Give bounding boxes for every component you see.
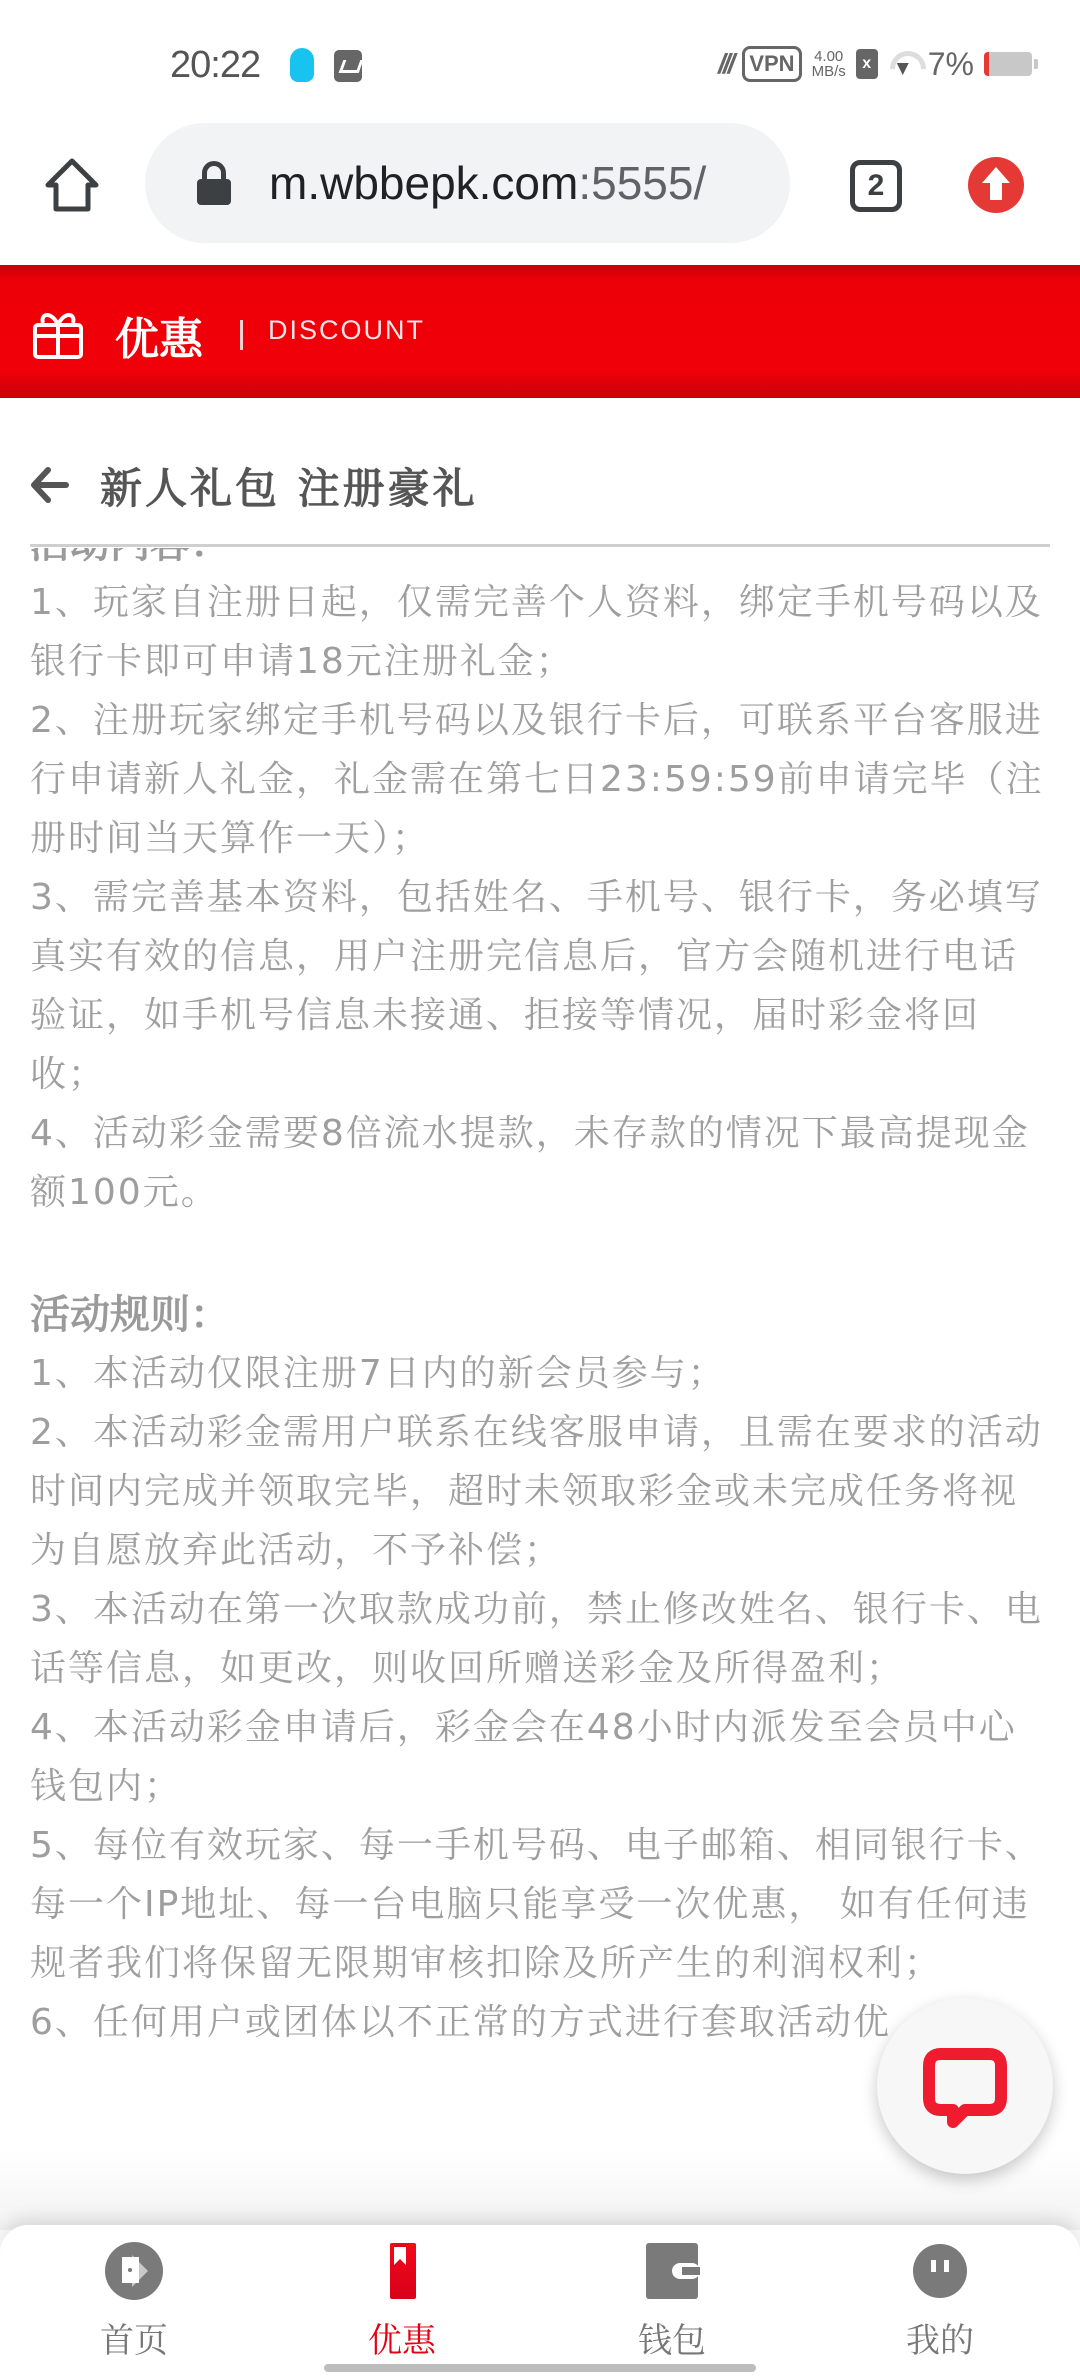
- url-text[interactable]: m.wbbepk.com:5555/: [269, 156, 769, 210]
- rule-item: 3、本活动在第一次取款成功前，禁止修改姓名、银行卡、电话等信息，如更改，则收回所…: [30, 1580, 1050, 1698]
- page-title: 新人礼包 注册豪礼: [100, 456, 478, 516]
- live-chat-button[interactable]: [877, 1998, 1053, 2174]
- address-bar[interactable]: m.wbbepk.com:5555/: [145, 123, 790, 243]
- chat-bubble-icon: [923, 2048, 1007, 2132]
- vpn-badge: VPN: [742, 46, 801, 82]
- nav-label-discount: 优惠: [302, 2313, 502, 2362]
- home-cards-icon: [104, 2241, 164, 2301]
- home-icon[interactable]: [42, 155, 102, 215]
- content-item: 4、活动彩金需要8倍流水提款，未存款的情况下最高提现金额100元。: [30, 1104, 1050, 1222]
- section-heading-content: 活动内容：: [30, 548, 1050, 573]
- network-speed: 4.00 MB/s: [812, 49, 846, 79]
- bottom-nav: 首页 优惠 钱包 我的: [0, 2225, 1080, 2376]
- page-title-row: 新人礼包 注册豪礼: [0, 398, 1080, 548]
- url-port: :5555/: [578, 157, 706, 209]
- wallet-icon: [642, 2241, 702, 2301]
- lock-icon[interactable]: [197, 161, 231, 205]
- status-right-cluster: /// VPN 4.00 MB/s x 7%: [718, 44, 1032, 84]
- battery-icon: [984, 52, 1032, 76]
- content-item: 1、玩家自注册日起，仅需完善个人资料，绑定手机号码以及银行卡即可申请18元注册礼…: [30, 573, 1050, 691]
- nav-item-profile[interactable]: 我的: [840, 2225, 1040, 2376]
- gesture-home-indicator[interactable]: [324, 2364, 756, 2372]
- section-gap: [30, 1222, 1050, 1286]
- wifi-icon: [888, 49, 918, 79]
- rule-item: 2、本活动彩金需用户联系在线客服申请，且需在要求的活动时间内完成并领取完毕，超时…: [30, 1403, 1050, 1580]
- nav-item-discount[interactable]: 优惠: [302, 2225, 502, 2376]
- message-notification-icon: [334, 50, 362, 82]
- header-subtitle: DISCOUNT: [268, 315, 425, 346]
- sim-no-signal-icon: x: [856, 49, 878, 79]
- carrier-logo-icon: ///: [718, 48, 732, 80]
- status-bar: 20:22 /// VPN 4.00 MB/s x 7%: [0, 0, 1080, 130]
- browser-toolbar: m.wbbepk.com:5555/ 2: [0, 130, 1080, 265]
- nav-item-home[interactable]: 首页: [34, 2225, 234, 2376]
- nav-item-wallet[interactable]: 钱包: [572, 2225, 772, 2376]
- promo-content[interactable]: 活动内容： 1、玩家自注册日起，仅需完善个人资料，绑定手机号码以及银行卡即可申请…: [0, 548, 1080, 2228]
- content-item: 3、需完善基本资料，包括姓名、手机号、银行卡，务必填写真实有效的信息，用户注册完…: [30, 868, 1050, 1104]
- header-title: 优惠: [115, 303, 203, 367]
- battery-percent: 7%: [928, 46, 974, 83]
- bookmark-icon: [372, 2241, 432, 2301]
- rule-item: 1、本活动仅限注册7日内的新会员参与；: [30, 1344, 1050, 1403]
- profile-face-icon: [910, 2241, 970, 2301]
- network-speed-unit: MB/s: [812, 63, 846, 80]
- nav-label-wallet: 钱包: [572, 2313, 772, 2362]
- content-item: 2、注册玩家绑定手机号码以及银行卡后，可联系平台客服进行申请新人礼金，礼金需在第…: [30, 691, 1050, 868]
- url-host: m.wbbepk.com: [269, 157, 578, 209]
- title-divider: [30, 544, 1050, 547]
- section-heading-rules: 活动规则：: [30, 1286, 1050, 1344]
- update-arrow-icon[interactable]: [968, 157, 1024, 213]
- status-time: 20:22: [170, 44, 260, 87]
- tab-switcher-button[interactable]: 2: [850, 160, 902, 212]
- qq-penguin-icon: [290, 48, 314, 82]
- header-separator: [240, 320, 243, 350]
- promo-content-inner: 活动内容： 1、玩家自注册日起，仅需完善个人资料，绑定手机号码以及银行卡即可申请…: [30, 548, 1050, 2052]
- gift-icon: [30, 305, 86, 361]
- promo-header: 优惠 DISCOUNT: [0, 265, 1080, 398]
- arrow-left-icon[interactable]: [28, 464, 70, 506]
- rule-item: 4、本活动彩金申请后，彩金会在48小时内派发至会员中心钱包内；: [30, 1698, 1050, 1816]
- rule-item: 5、每位有效玩家、每一手机号码、电子邮箱、相同银行卡、每一个IP地址、每一台电脑…: [30, 1816, 1050, 1993]
- nav-label-home: 首页: [34, 2313, 234, 2362]
- nav-label-profile: 我的: [840, 2313, 1040, 2362]
